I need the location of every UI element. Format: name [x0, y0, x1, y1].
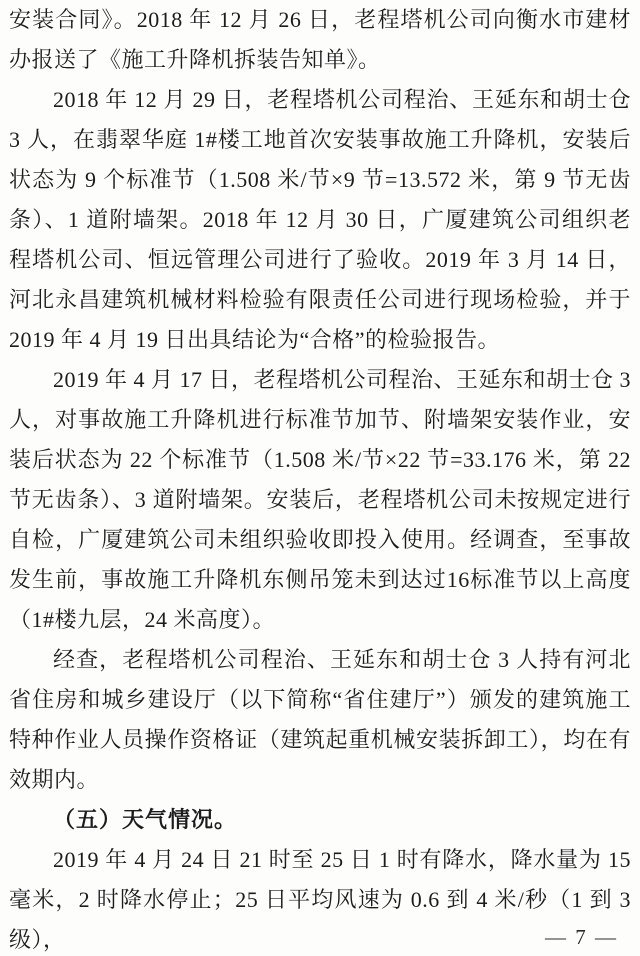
paragraph: 经查，老程塔机公司程治、王延东和胡士仓 3 人持有河北省住房和城乡建设厅（以下简… [9, 640, 631, 800]
paragraph: 安装合同》。2018 年 12 月 26 日，老程塔机公司向衡水市建材办报送了《… [9, 0, 631, 80]
paragraph: 2019 年 4 月 24 日 21 时至 25 日 1 时有降水，降水量为 1… [9, 840, 631, 956]
paragraph: 2018 年 12 月 29 日，老程塔机公司程治、王延东和胡士仓 3 人，在翡… [9, 80, 631, 360]
document-page: 安装合同》。2018 年 12 月 26 日，老程塔机公司向衡水市建材办报送了《… [0, 0, 640, 956]
paragraph: 2019 年 4 月 17 日，老程塔机公司程治、王延东和胡士仓 3 人，对事故… [9, 360, 631, 640]
section-heading: （五）天气情况。 [9, 800, 631, 840]
page-number: — 7 — [545, 925, 618, 950]
